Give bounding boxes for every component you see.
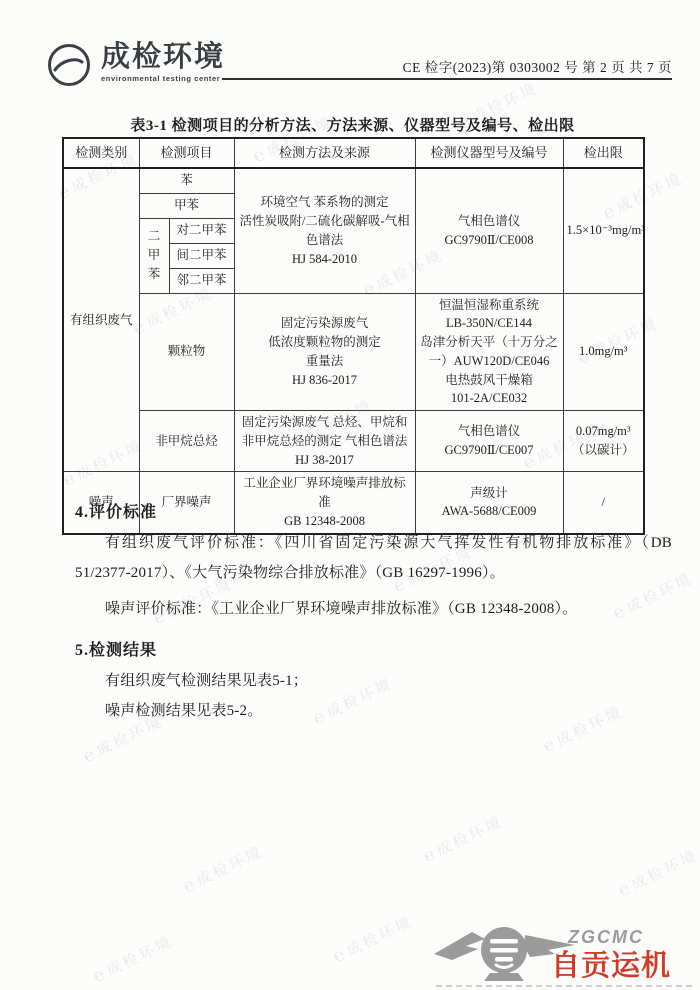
cell-item-nmhc: 非甲烷总烃 [139,411,234,472]
watermark: ℮成检环境 [330,910,417,967]
brand-text-block: 成检环境 environmental testing center [101,42,225,83]
cell-limit-benzene: 1.5×10⁻³mg/m³ [563,168,644,293]
table-header-row: 检测类别 检测项目 检测方法及来源 检测仪器型号及编号 检出限 [63,138,644,168]
table-row: 有组织废气 苯 环境空气 苯系物的测定 活性炭吸附/二硫化碳解吸-气相色谱法 H… [63,168,644,193]
footer-logo: ZGCMC 自贡运机 [432,920,694,986]
column-header-instrument: 检测仪器型号及编号 [415,138,563,168]
header-rule [222,78,672,80]
cell-item-xylene-group: 二甲苯 [139,218,169,293]
cell-item-p-xylene: 对二甲苯 [169,218,234,243]
section-5-heading: 5.检测结果 [75,637,672,660]
analysis-method-table: 检测类别 检测项目 检测方法及来源 检测仪器型号及编号 检出限 有组织废气 苯 … [62,137,645,535]
section-4-paragraph-2: 噪声评价标准：《工业企业厂界环境噪声排放标准》（GB 12348-2008）。 [75,594,672,624]
cell-method-particulate: 固定污染源废气 低浓度颗粒物的测定 重量法 HJ 836-2017 [234,293,415,411]
cell-instrument-nmhc: 气相色谱仪 GC9790Ⅱ/CE007 [415,411,563,472]
document-page: ℮成检环境 ℮成检环境 ℮成检环境 ℮成检环境 ℮成检环境 ℮成检环境 ℮成检环… [0,0,700,990]
column-header-method: 检测方法及来源 [234,138,415,168]
brand-e-circle-icon [46,42,92,88]
table-title: 表3-1 检测项目的分析方法、方法来源、仪器型号及编号、检出限 [62,114,643,135]
cell-item-particulate: 颗粒物 [139,293,234,411]
cell-instrument-particulate: 恒温恒湿称重系统 LB-350N/CE144 岛津分析天平（十万分之一）AUW1… [415,293,563,411]
cell-item-m-xylene: 间二甲苯 [169,243,234,268]
cell-limit-particulate: 1.0mg/m³ [563,293,644,411]
section-5-paragraph-2: 噪声检测结果见表5-2。 [75,696,672,726]
section-5-paragraph-1: 有组织废气检测结果见表5-1； [75,666,672,696]
company-logo: 成检环境 environmental testing center [46,42,225,88]
cell-method-nmhc: 固定污染源废气 总烃、甲烷和非甲烷总烃的测定 气相色谱法 HJ 38-2017 [234,411,415,472]
table-row: 颗粒物 固定污染源废气 低浓度颗粒物的测定 重量法 HJ 836-2017 恒温… [63,293,644,411]
watermark: ℮成检环境 [420,810,507,867]
column-header-item: 检测项目 [139,138,234,168]
watermark: ℮成检环境 [615,844,700,901]
cell-item-o-xylene: 邻二甲苯 [169,268,234,293]
section-4-heading: 4.评价标准 [75,499,672,522]
cell-category-gas: 有组织废气 [63,168,139,472]
cell-limit-nmhc: 0.07mg/m³ （以碳计） [563,411,644,472]
section-4-paragraph-1: 有组织废气评价标准：《四川省固定污染源大气挥发性有机物排放标准》（DB 51/2… [75,528,672,588]
body-text: 4.评价标准 有组织废气评价标准：《四川省固定污染源大气挥发性有机物排放标准》（… [75,499,672,726]
document-number: CE 检字(2023)第 0303002 号 第 2 页 共 7 页 [403,56,672,76]
cell-method-benzene: 环境空气 苯系物的测定 活性炭吸附/二硫化碳解吸-气相色谱法 HJ 584-20… [234,168,415,293]
watermark: ℮成检环境 [90,930,177,987]
cell-item-benzene: 苯 [139,168,234,193]
column-header-limit: 检出限 [563,138,644,168]
footer-underline [436,985,694,987]
column-header-category: 检测类别 [63,138,139,168]
footer-company-name: 自贡运机 [551,943,671,984]
brand-subtitle: environmental testing center [101,74,225,83]
watermark: ℮成检环境 [180,840,267,897]
cell-instrument-benzene: 气相色谱仪 GC9790Ⅱ/CE008 [415,168,563,293]
cell-item-toluene: 甲苯 [139,193,234,218]
brand-name: 成检环境 [101,42,225,72]
table-row: 非甲烷总烃 固定污染源废气 总烃、甲烷和非甲烷总烃的测定 气相色谱法 HJ 38… [63,411,644,472]
